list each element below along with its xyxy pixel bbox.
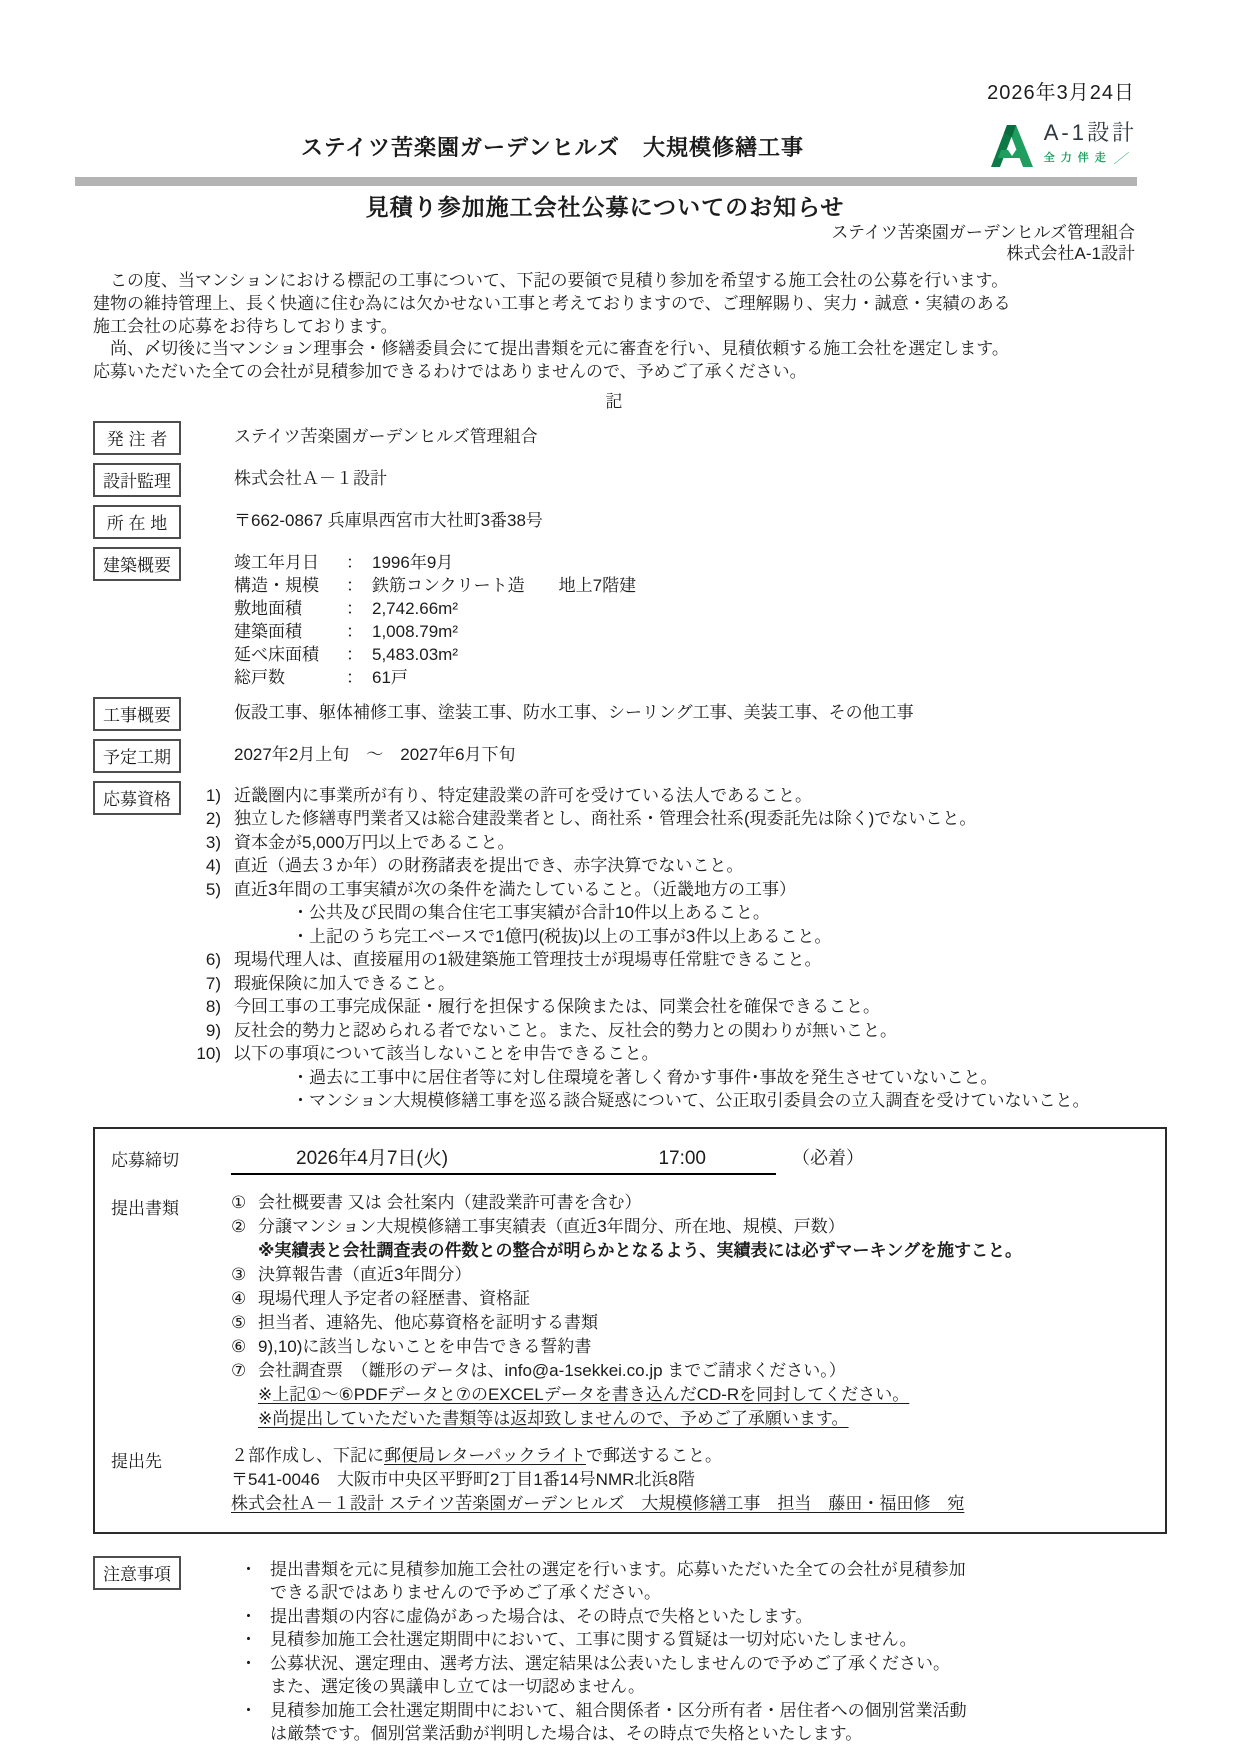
qualification-number: 7)	[181, 972, 221, 996]
qualification-text: 資本金が5,000万円以上であること。	[234, 831, 515, 855]
intro-line: この度、当マンションにおける標記の工事について、下記の要領で見積り参加を希望する…	[93, 270, 1135, 293]
note-text: は厳禁です。個別営業活動が判明した場合は、その時点で失格といたします。	[270, 1722, 862, 1746]
owner-value: ステイツ苦楽園ガーデンヒルズ管理組合	[234, 421, 538, 448]
submit-to-line1: ２部作成し、下記に郵便局レターパックライトで郵送すること。	[231, 1444, 1147, 1468]
qualification-text: 近畿圏内に事業所が有り、特定建設業の許可を受けている法人であること。	[234, 784, 812, 808]
design-supervisor-value: 株式会社Ａ－１設計	[234, 463, 387, 490]
label-planned-period: 予定工期	[93, 739, 181, 773]
qualification-item: 7) 瑕疵保険に加入できること。	[181, 972, 1135, 996]
qualification-number: 6)	[181, 948, 221, 972]
qualification-item: ・マンション大規模修繕工事を巡る談合疑惑について、公正取引委員会の立入調査を受け…	[181, 1089, 1135, 1113]
document-item-text: 会社調査票 （雛形のデータは、info@a-1sekkei.co.jp までご請…	[258, 1359, 846, 1383]
notes-list: ・ 提出書類を元に見積参加施工会社の選定を行います。応募いただいた全ての会社が見…	[240, 1556, 1135, 1746]
qualification-number: 1)	[181, 784, 221, 808]
note-text: また、選定後の異議申し立ては一切認めません。	[270, 1675, 645, 1699]
document-item-number: ⑤	[231, 1311, 258, 1335]
document-item: ④ 現場代理人予定者の経歴書、資格証	[231, 1287, 1147, 1311]
document-list: ① 会社概要書 又は 会社案内（建設業許可書を含む） ② 分譲マンション大規模修…	[231, 1191, 1147, 1431]
qualification-item: 10) 以下の事項について該当しないことを申告できること。	[181, 1042, 1135, 1066]
building-overview-table: 竣工年月日 ： 1996年9月 構造・規模 ： 鉄筋コンクリート造 地上7階建 …	[234, 547, 636, 689]
qualification-item: 2) 独立した修繕専門業者又は総合建設業者とし、商社系・管理会社系(現委託先は除…	[181, 807, 1135, 831]
note-bullet	[240, 1581, 270, 1605]
header-divider-bar	[75, 177, 1137, 186]
work-overview-value: 仮設工事、躯体補修工事、塗装工事、防水工事、シーリング工事、美装工事、その他工事	[234, 697, 914, 724]
label-notes: 注意事項	[93, 1556, 181, 1590]
building-attr-colon: ：	[346, 597, 372, 620]
building-overview-row: 敷地面積 ： 2,742.66m²	[234, 597, 636, 620]
deadline-time: 17:00	[658, 1148, 706, 1170]
deadline-date: 2026年4月7日(火)	[296, 1143, 448, 1170]
document-item-text: ※尚提出していただいた書類等は返却致しませんので、予めご了承願います。	[258, 1407, 849, 1431]
building-attr-value: 1,008.79m²	[372, 620, 458, 643]
qualification-number	[239, 1066, 279, 1090]
qualification-item: 9) 反社会的勢力と認められる者でないこと。また、反社会的勢力との関わりが無いこ…	[181, 1019, 1135, 1043]
document-title: ステイツ苦楽園ガーデンヒルズ 大規模修繕工事	[0, 131, 1105, 162]
qualification-text: 瑕疵保険に加入できること。	[234, 972, 455, 996]
document-item: ① 会社概要書 又は 会社案内（建設業許可書を含む）	[231, 1191, 1147, 1215]
qualification-text: 独立した修繕専門業者又は総合建設業者とし、商社系・管理会社系(現委託先は除く)で…	[234, 807, 976, 831]
document-item-number	[231, 1239, 258, 1263]
note-item: ・ 公募状況、選定理由、選考方法、選定結果は公表いたしませんので予めご了承くださ…	[240, 1652, 1135, 1676]
row-qualifications: 応募資格 1) 近畿圏内に事業所が有り、特定建設業の許可を受けている法人であるこ…	[93, 781, 1135, 1113]
label-design-supervisor: 設計監理	[93, 463, 181, 497]
qualification-item: 1) 近畿圏内に事業所が有り、特定建設業の許可を受けている法人であること。	[181, 784, 1135, 808]
deadline-row: 応募締切 2026年4月7日(火) 17:00 （必着）	[111, 1143, 1147, 1175]
qualification-text: ・マンション大規模修繕工事を巡る談合疑惑について、公正取引委員会の立入調査を受け…	[292, 1089, 1090, 1113]
building-attr-colon: ：	[346, 574, 372, 597]
note-bullet	[240, 1675, 270, 1699]
document-date: 2026年3月24日	[987, 76, 1135, 105]
label-qualifications: 応募資格	[93, 781, 181, 815]
row-notes: 注意事項 ・ 提出書類を元に見積参加施工会社の選定を行います。応募いただいた全て…	[93, 1556, 1135, 1746]
building-attr-name: 延べ床面積	[234, 643, 346, 666]
document-item-number: ③	[231, 1263, 258, 1287]
building-attr-colon: ：	[346, 620, 372, 643]
note-item: できる訳ではありませんので予めご了承ください。	[240, 1581, 1135, 1605]
label-documents: 提出書類	[111, 1191, 231, 1219]
note-bullet: ・	[240, 1628, 270, 1652]
row-location: 所 在 地 〒662-0867 兵庫県西宮市大社町3番38号	[93, 505, 1135, 539]
document-page: 2026年3月24日 A-1設計 全力伴走 ／ ステイツ苦楽園ガーデンヒルズ 大…	[0, 0, 1240, 1753]
note-item: ・ 見積参加施工会社選定期間中において、組合関係者・区分所有者・居住者への個別営…	[240, 1699, 1135, 1723]
qualification-text: 今回工事の工事完成保証・履行を担保する保険または、同業会社を確保できること。	[234, 995, 880, 1019]
label-deadline: 応募締切	[111, 1143, 231, 1171]
building-attr-value: 1996年9月	[372, 551, 453, 574]
submit-to-block: ２部作成し、下記に郵便局レターパックライトで郵送すること。 〒541-0046 …	[231, 1444, 1147, 1516]
deadline-underlined-area: 2026年4月7日(火) 17:00	[231, 1143, 776, 1175]
building-attr-colon: ：	[346, 666, 372, 689]
label-building-overview: 建築概要	[93, 547, 181, 581]
document-item: ※実績表と会社調査表の件数との整合が明らかとなるよう、実績表には必ずマーキングを…	[231, 1239, 1147, 1263]
qualification-number: 3)	[181, 831, 221, 855]
note-item: ・ 見積参加施工会社選定期間中において、工事に関する質疑は一切対応いたしません。	[240, 1628, 1135, 1652]
intro-line: 施工会社の応募をお待ちしております。	[93, 316, 1135, 339]
building-attr-name: 竣工年月日	[234, 551, 346, 574]
submit-line1-pre: ２部作成し、下記に	[231, 1446, 384, 1465]
note-bullet: ・	[240, 1652, 270, 1676]
note-bullet: ・	[240, 1605, 270, 1629]
building-attr-name: 総戸数	[234, 666, 346, 689]
issuer-association: ステイツ苦楽園ガーデンヒルズ管理組合	[831, 222, 1135, 243]
qualification-text: ・公共及び民間の集合住宅工事実績が合計10件以上あること。	[292, 901, 770, 925]
building-attr-value: 2,742.66m²	[372, 597, 458, 620]
qualification-number: 9)	[181, 1019, 221, 1043]
building-attr-name: 敷地面積	[234, 597, 346, 620]
label-location: 所 在 地	[93, 505, 181, 539]
qualification-number: 5)	[181, 878, 221, 902]
deadline-line: 2026年4月7日(火) 17:00 （必着）	[231, 1143, 1147, 1175]
qualification-number	[239, 901, 279, 925]
note-bullet	[240, 1722, 270, 1746]
building-attr-colon: ：	[346, 551, 372, 574]
document-item-number: ①	[231, 1191, 258, 1215]
intro-line: 建物の維持管理上、長く快適に住む為には欠かせない工事と考えておりますので、ご理解…	[93, 293, 1135, 316]
issuer-block: ステイツ苦楽園ガーデンヒルズ管理組合 株式会社A-1設計	[831, 222, 1135, 264]
qualification-number: 8)	[181, 995, 221, 1019]
document-item: ⑤ 担当者、連絡先、他応募資格を証明する書類	[231, 1311, 1147, 1335]
qualification-item: 4) 直近（過去３か年）の財務諸表を提出でき、赤字決算でないこと。	[181, 854, 1135, 878]
qualification-number: 10)	[181, 1042, 221, 1066]
deadline-suffix: （必着）	[792, 1144, 864, 1170]
document-item-number	[231, 1383, 258, 1407]
building-attr-value: 5,483.03m²	[372, 643, 458, 666]
document-item-text: 9),10)に該当しないことを申告できる誓約書	[258, 1335, 591, 1359]
document-item-text: 会社概要書 又は 会社案内（建設業許可書を含む）	[258, 1191, 641, 1215]
building-overview-row: 竣工年月日 ： 1996年9月	[234, 551, 636, 574]
qualification-item: 3) 資本金が5,000万円以上であること。	[181, 831, 1135, 855]
qualification-text: 反社会的勢力と認められる者でないこと。また、反社会的勢力との関わりが無いこと。	[234, 1019, 897, 1043]
row-building-overview: 建築概要 竣工年月日 ： 1996年9月 構造・規模 ： 鉄筋コンクリート造 地…	[93, 547, 1135, 689]
submit-line1-post: で郵送すること。	[586, 1446, 722, 1465]
qualification-text: 現場代理人は、直接雇用の1級建築施工管理技士が現場専任常駐できること。	[234, 948, 821, 972]
document-item: ⑦ 会社調査票 （雛形のデータは、info@a-1sekkei.co.jp まで…	[231, 1359, 1147, 1383]
building-attr-name: 構造・規模	[234, 574, 346, 597]
qualification-item: 6) 現場代理人は、直接雇用の1級建築施工管理技士が現場専任常駐できること。	[181, 948, 1135, 972]
document-item-text: 決算報告書（直近3年間分）	[258, 1263, 471, 1287]
qualification-number	[239, 925, 279, 949]
building-attr-name: 建築面積	[234, 620, 346, 643]
submit-to-address: 〒541-0046 大阪市中央区平野町2丁目1番14号NMR北浜8階	[231, 1468, 1147, 1492]
building-overview-row: 延べ床面積 ： 5,483.03m²	[234, 643, 636, 666]
issuer-company: 株式会社A-1設計	[831, 243, 1135, 264]
qualification-text: 直近（過去３か年）の財務諸表を提出でき、赤字決算でないこと。	[234, 854, 743, 878]
submit-to-row: 提出先 ２部作成し、下記に郵便局レターパックライトで郵送すること。 〒541-0…	[111, 1444, 1147, 1516]
building-attr-value: 61戸	[372, 666, 408, 689]
building-attr-colon: ：	[346, 643, 372, 666]
qualification-text: 直近3年間の工事実績が次の条件を満たしていること。（近畿地方の工事）	[234, 878, 796, 902]
building-overview-row: 建築面積 ： 1,008.79m²	[234, 620, 636, 643]
document-item: ⑥ 9),10)に該当しないことを申告できる誓約書	[231, 1335, 1147, 1359]
application-box: 応募締切 2026年4月7日(火) 17:00 （必着） 提出書類 ①	[93, 1127, 1167, 1534]
document-item-number: ②	[231, 1215, 258, 1239]
document-item: ② 分譲マンション大規模修繕工事実績表（直近3年間分、所在地、規模、戸数）	[231, 1215, 1147, 1239]
document-item-text: 分譲マンション大規模修繕工事実績表（直近3年間分、所在地、規模、戸数）	[258, 1215, 845, 1239]
document-item-number: ⑥	[231, 1335, 258, 1359]
note-text: 提出書類の内容に虚偽があった場合は、その時点で失格といたします。	[270, 1605, 812, 1629]
qualification-text: ・過去に工事中に居住者等に対し住環境を著しく脅かす事件･事故を発生させていないこ…	[292, 1066, 998, 1090]
row-work-overview: 工事概要 仮設工事、躯体補修工事、塗装工事、防水工事、シーリング工事、美装工事、…	[93, 697, 1135, 731]
note-item: また、選定後の異議申し立ては一切認めません。	[240, 1675, 1135, 1699]
note-text: できる訳ではありませんので予めご了承ください。	[270, 1581, 661, 1605]
intro-paragraph: この度、当マンションにおける標記の工事について、下記の要領で見積り参加を希望する…	[93, 270, 1135, 384]
note-item: ・ 提出書類を元に見積参加施工会社の選定を行います。応募いただいた全ての会社が見…	[240, 1558, 1135, 1582]
qualification-item: ・上記のうち完工ベースで1億円(税抜)以上の工事が3件以上あること。	[181, 925, 1135, 949]
label-owner: 発 注 者	[93, 421, 181, 455]
document-body: この度、当マンションにおける標記の工事について、下記の要領で見積り参加を希望する…	[93, 270, 1135, 1746]
qualification-number: 2)	[181, 807, 221, 831]
planned-period-value: 2027年2月上旬 ～ 2027年6月下旬	[234, 739, 516, 766]
qualification-list: 1) 近畿圏内に事業所が有り、特定建設業の許可を受けている法人であること。 2)…	[181, 781, 1135, 1113]
qualification-number: 4)	[181, 854, 221, 878]
qualification-text: ・上記のうち完工ベースで1億円(税抜)以上の工事が3件以上あること。	[292, 925, 831, 949]
submit-line1-underlined: 郵便局レターパックライト	[384, 1446, 586, 1465]
row-design-supervisor: 設計監理 株式会社Ａ－１設計	[93, 463, 1135, 497]
qualification-item: ・過去に工事中に居住者等に対し住環境を著しく脅かす事件･事故を発生させていないこ…	[181, 1066, 1135, 1090]
label-work-overview: 工事概要	[93, 697, 181, 731]
intro-line: 応募いただいた全ての会社が見積参加できるわけではありませんので、予めご了承くださ…	[93, 361, 1135, 384]
document-item-number: ④	[231, 1287, 258, 1311]
qualification-item: 5) 直近3年間の工事実績が次の条件を満たしていること。（近畿地方の工事）	[181, 878, 1135, 902]
building-attr-value: 鉄筋コンクリート造 地上7階建	[372, 574, 636, 597]
submit-to-recipient: 株式会社Ａ－１設計 ステイツ苦楽園ガーデンヒルズ 大規模修繕工事 担当 藤田・福…	[231, 1492, 1147, 1516]
document-item: ※上記①～⑥PDFデータと⑦のEXCELデータを書き込んだCD-Rを同封してくだ…	[231, 1383, 1147, 1407]
document-item-text: ※実績表と会社調査表の件数との整合が明らかとなるよう、実績表には必ずマーキングを…	[258, 1239, 1022, 1263]
qualification-item: 8) 今回工事の工事完成保証・履行を担保する保険または、同業会社を確保できること…	[181, 995, 1135, 1019]
document-item: ③ 決算報告書（直近3年間分）	[231, 1263, 1147, 1287]
qualification-number	[239, 1089, 279, 1113]
document-item-text: ※上記①～⑥PDFデータと⑦のEXCELデータを書き込んだCD-Rを同封してくだ…	[258, 1383, 909, 1407]
documents-row: 提出書類 ① 会社概要書 又は 会社案内（建設業許可書を含む） ② 分譲マンショ…	[111, 1191, 1147, 1431]
document-item-text: 現場代理人予定者の経歴書、資格証	[258, 1287, 530, 1311]
note-bullet: ・	[240, 1699, 270, 1723]
row-owner: 発 注 者 ステイツ苦楽園ガーデンヒルズ管理組合	[93, 421, 1135, 455]
qualification-text: 以下の事項について該当しないことを申告できること。	[234, 1042, 659, 1066]
note-bullet: ・	[240, 1558, 270, 1582]
qualification-item: ・公共及び民間の集合住宅工事実績が合計10件以上あること。	[181, 901, 1135, 925]
note-item: ・ 提出書類の内容に虚偽があった場合は、その時点で失格といたします。	[240, 1605, 1135, 1629]
document-subtitle: 見積り参加施工会社公募についてのお知らせ	[0, 189, 1210, 222]
note-item: は厳禁です。個別営業活動が判明した場合は、その時点で失格といたします。	[240, 1722, 1135, 1746]
location-value: 〒662-0867 兵庫県西宮市大社町3番38号	[234, 505, 543, 532]
row-planned-period: 予定工期 2027年2月上旬 ～ 2027年6月下旬	[93, 739, 1135, 773]
document-item: ※尚提出していただいた書類等は返却致しませんので、予めご了承願います。	[231, 1407, 1147, 1431]
building-overview-row: 構造・規模 ： 鉄筋コンクリート造 地上7階建	[234, 574, 636, 597]
label-submit-to: 提出先	[111, 1444, 231, 1472]
intro-line: 尚、〆切後に当マンション理事会・修繕委員会にて提出書類を元に審査を行い、見積依頼…	[93, 338, 1135, 361]
document-item-text: 担当者、連絡先、他応募資格を証明する書類	[258, 1311, 598, 1335]
note-text: 見積参加施工会社選定期間中において、組合関係者・区分所有者・居住者への個別営業活…	[270, 1699, 967, 1723]
ki-heading: 記	[93, 390, 1135, 413]
document-item-number: ⑦	[231, 1359, 258, 1383]
building-overview-row: 総戸数 ： 61戸	[234, 666, 636, 689]
note-text: 提出書類を元に見積参加施工会社の選定を行います。応募いただいた全ての会社が見積参…	[270, 1558, 966, 1582]
note-text: 見積参加施工会社選定期間中において、工事に関する質疑は一切対応いたしません。	[270, 1628, 917, 1652]
note-text: 公募状況、選定理由、選考方法、選定結果は公表いたしませんので予めご了承ください。	[270, 1652, 950, 1676]
document-item-number	[231, 1407, 258, 1431]
logo-slash-mark: ／	[1114, 148, 1127, 167]
